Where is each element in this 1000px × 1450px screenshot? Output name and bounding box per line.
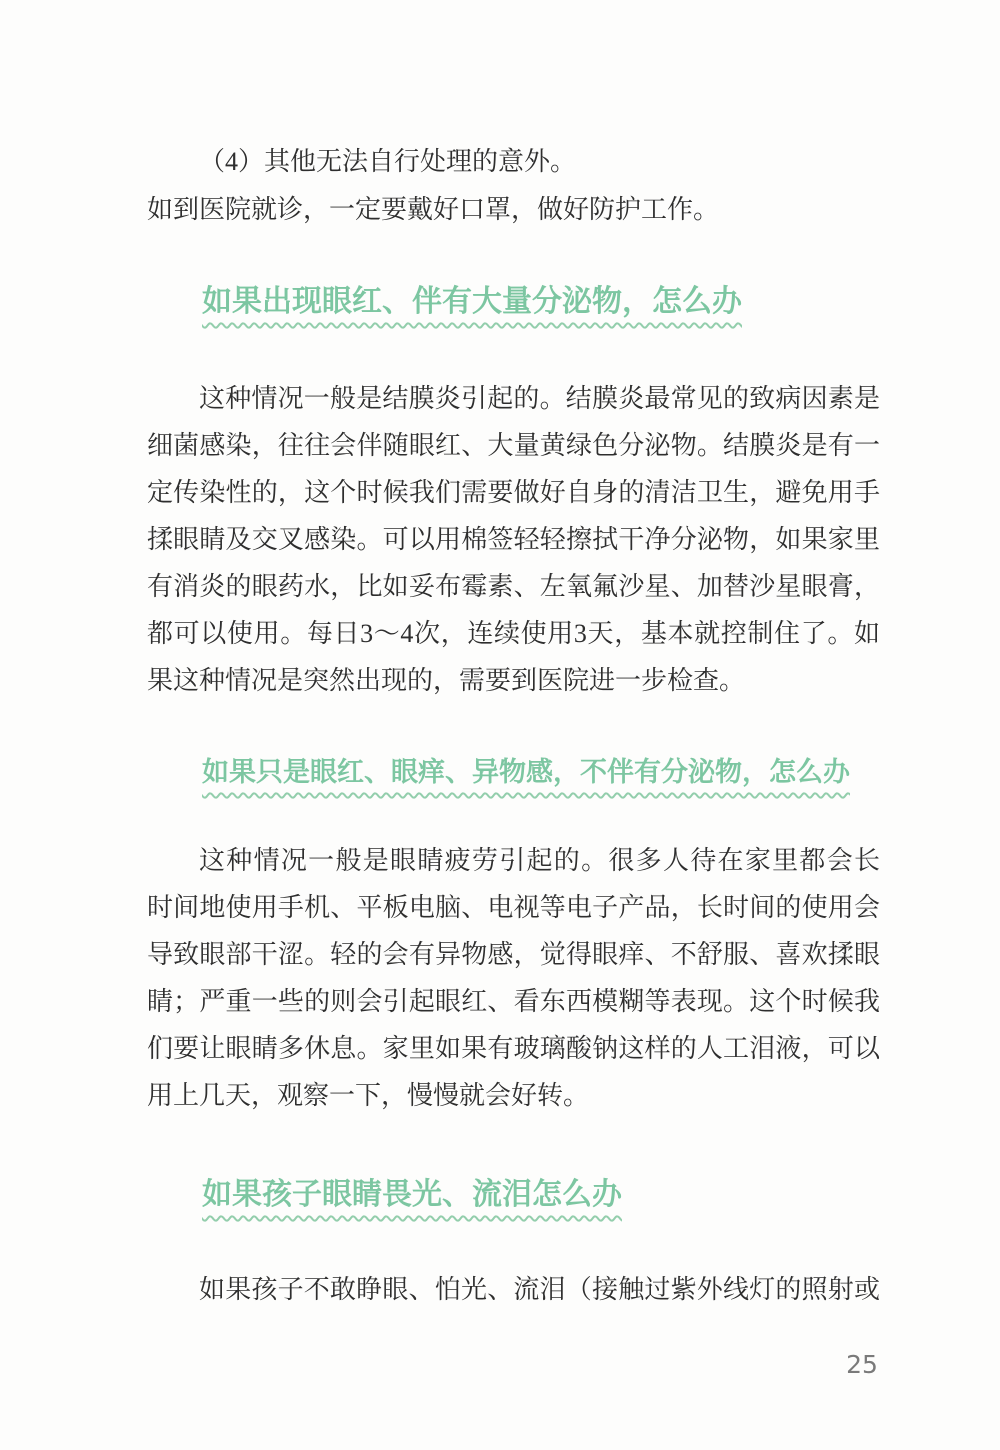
text-line: 果这种情况是突然出现的，需要到医院进一步检查。 [147, 657, 880, 704]
intro-paragraph: （4）其他无法自行处理的意外。 如到医院就诊，一定要戴好口罩，做好防护工作。 [147, 138, 880, 234]
section-heading-text: 如果只是眼红、眼痒、异物感，不伴有分泌物，怎么办 [202, 756, 850, 790]
text-line: 如到医院就诊，一定要戴好口罩，做好防护工作。 [147, 186, 880, 234]
text-line: 这种情况一般是结膜炎引起的。结膜炎最常见的致病因素是 [147, 375, 880, 422]
section-heading-itchy-eyes-no-discharge: 如果只是眼红、眼痒、异物感，不伴有分泌物，怎么办 [202, 756, 850, 790]
text-line: 导致眼部干涩。轻的会有异物感，觉得眼痒、不舒服、喜欢揉眼 [147, 931, 880, 978]
section-heading-red-eye-discharge: 如果出现眼红、伴有大量分泌物，怎么办 [202, 284, 742, 320]
text-line: 如果孩子不敢睁眼、怕光、流泪（接触过紫外线灯的照射或 [147, 1266, 880, 1313]
text-line: 定传染性的，这个时候我们需要做好自身的清洁卫生，避免用手 [147, 469, 880, 516]
text-line: 这种情况一般是眼睛疲劳引起的。很多人待在家里都会长 [147, 837, 880, 884]
section-paragraph-light-sensitivity-tearing: 如果孩子不敢睁眼、怕光、流泪（接触过紫外线灯的照射或 [147, 1266, 880, 1313]
text-line: 有消炎的眼药水，比如妥布霉素、左氧氟沙星、加替沙星眼膏， [147, 563, 880, 610]
text-line: （4）其他无法自行处理的意外。 [147, 138, 880, 186]
text-line: 用上几天，观察一下，慢慢就会好转。 [147, 1072, 880, 1119]
document-page: （4）其他无法自行处理的意外。 如到医院就诊，一定要戴好口罩，做好防护工作。 如… [0, 0, 1000, 1450]
section-heading-light-sensitivity-tearing: 如果孩子眼睛畏光、流泪怎么办 [202, 1177, 622, 1213]
section-heading-text: 如果出现眼红、伴有大量分泌物，怎么办 [202, 284, 742, 320]
text-line: 都可以使用。每日3～4次，连续使用3天，基本就控制住了。如 [147, 610, 880, 657]
section-paragraph-itchy-eyes-no-discharge: 这种情况一般是眼睛疲劳引起的。很多人待在家里都会长 时间地使用手机、平板电脑、电… [147, 837, 880, 1119]
page-number: 25 [840, 1350, 884, 1379]
text-line: 细菌感染，往往会伴随眼红、大量黄绿色分泌物。结膜炎是有一 [147, 422, 880, 469]
text-line: 睛；严重一些的则会引起眼红、看东西模糊等表现。这个时候我 [147, 978, 880, 1025]
text-line: 们要让眼睛多休息。家里如果有玻璃酸钠这样的人工泪液，可以 [147, 1025, 880, 1072]
section-paragraph-red-eye-discharge: 这种情况一般是结膜炎引起的。结膜炎最常见的致病因素是 细菌感染，往往会伴随眼红、… [147, 375, 880, 704]
text-line: 时间地使用手机、平板电脑、电视等电子产品，长时间的使用会 [147, 884, 880, 931]
section-heading-text: 如果孩子眼睛畏光、流泪怎么办 [202, 1177, 622, 1213]
text-line: 揉眼睛及交叉感染。可以用棉签轻轻擦拭干净分泌物，如果家里 [147, 516, 880, 563]
